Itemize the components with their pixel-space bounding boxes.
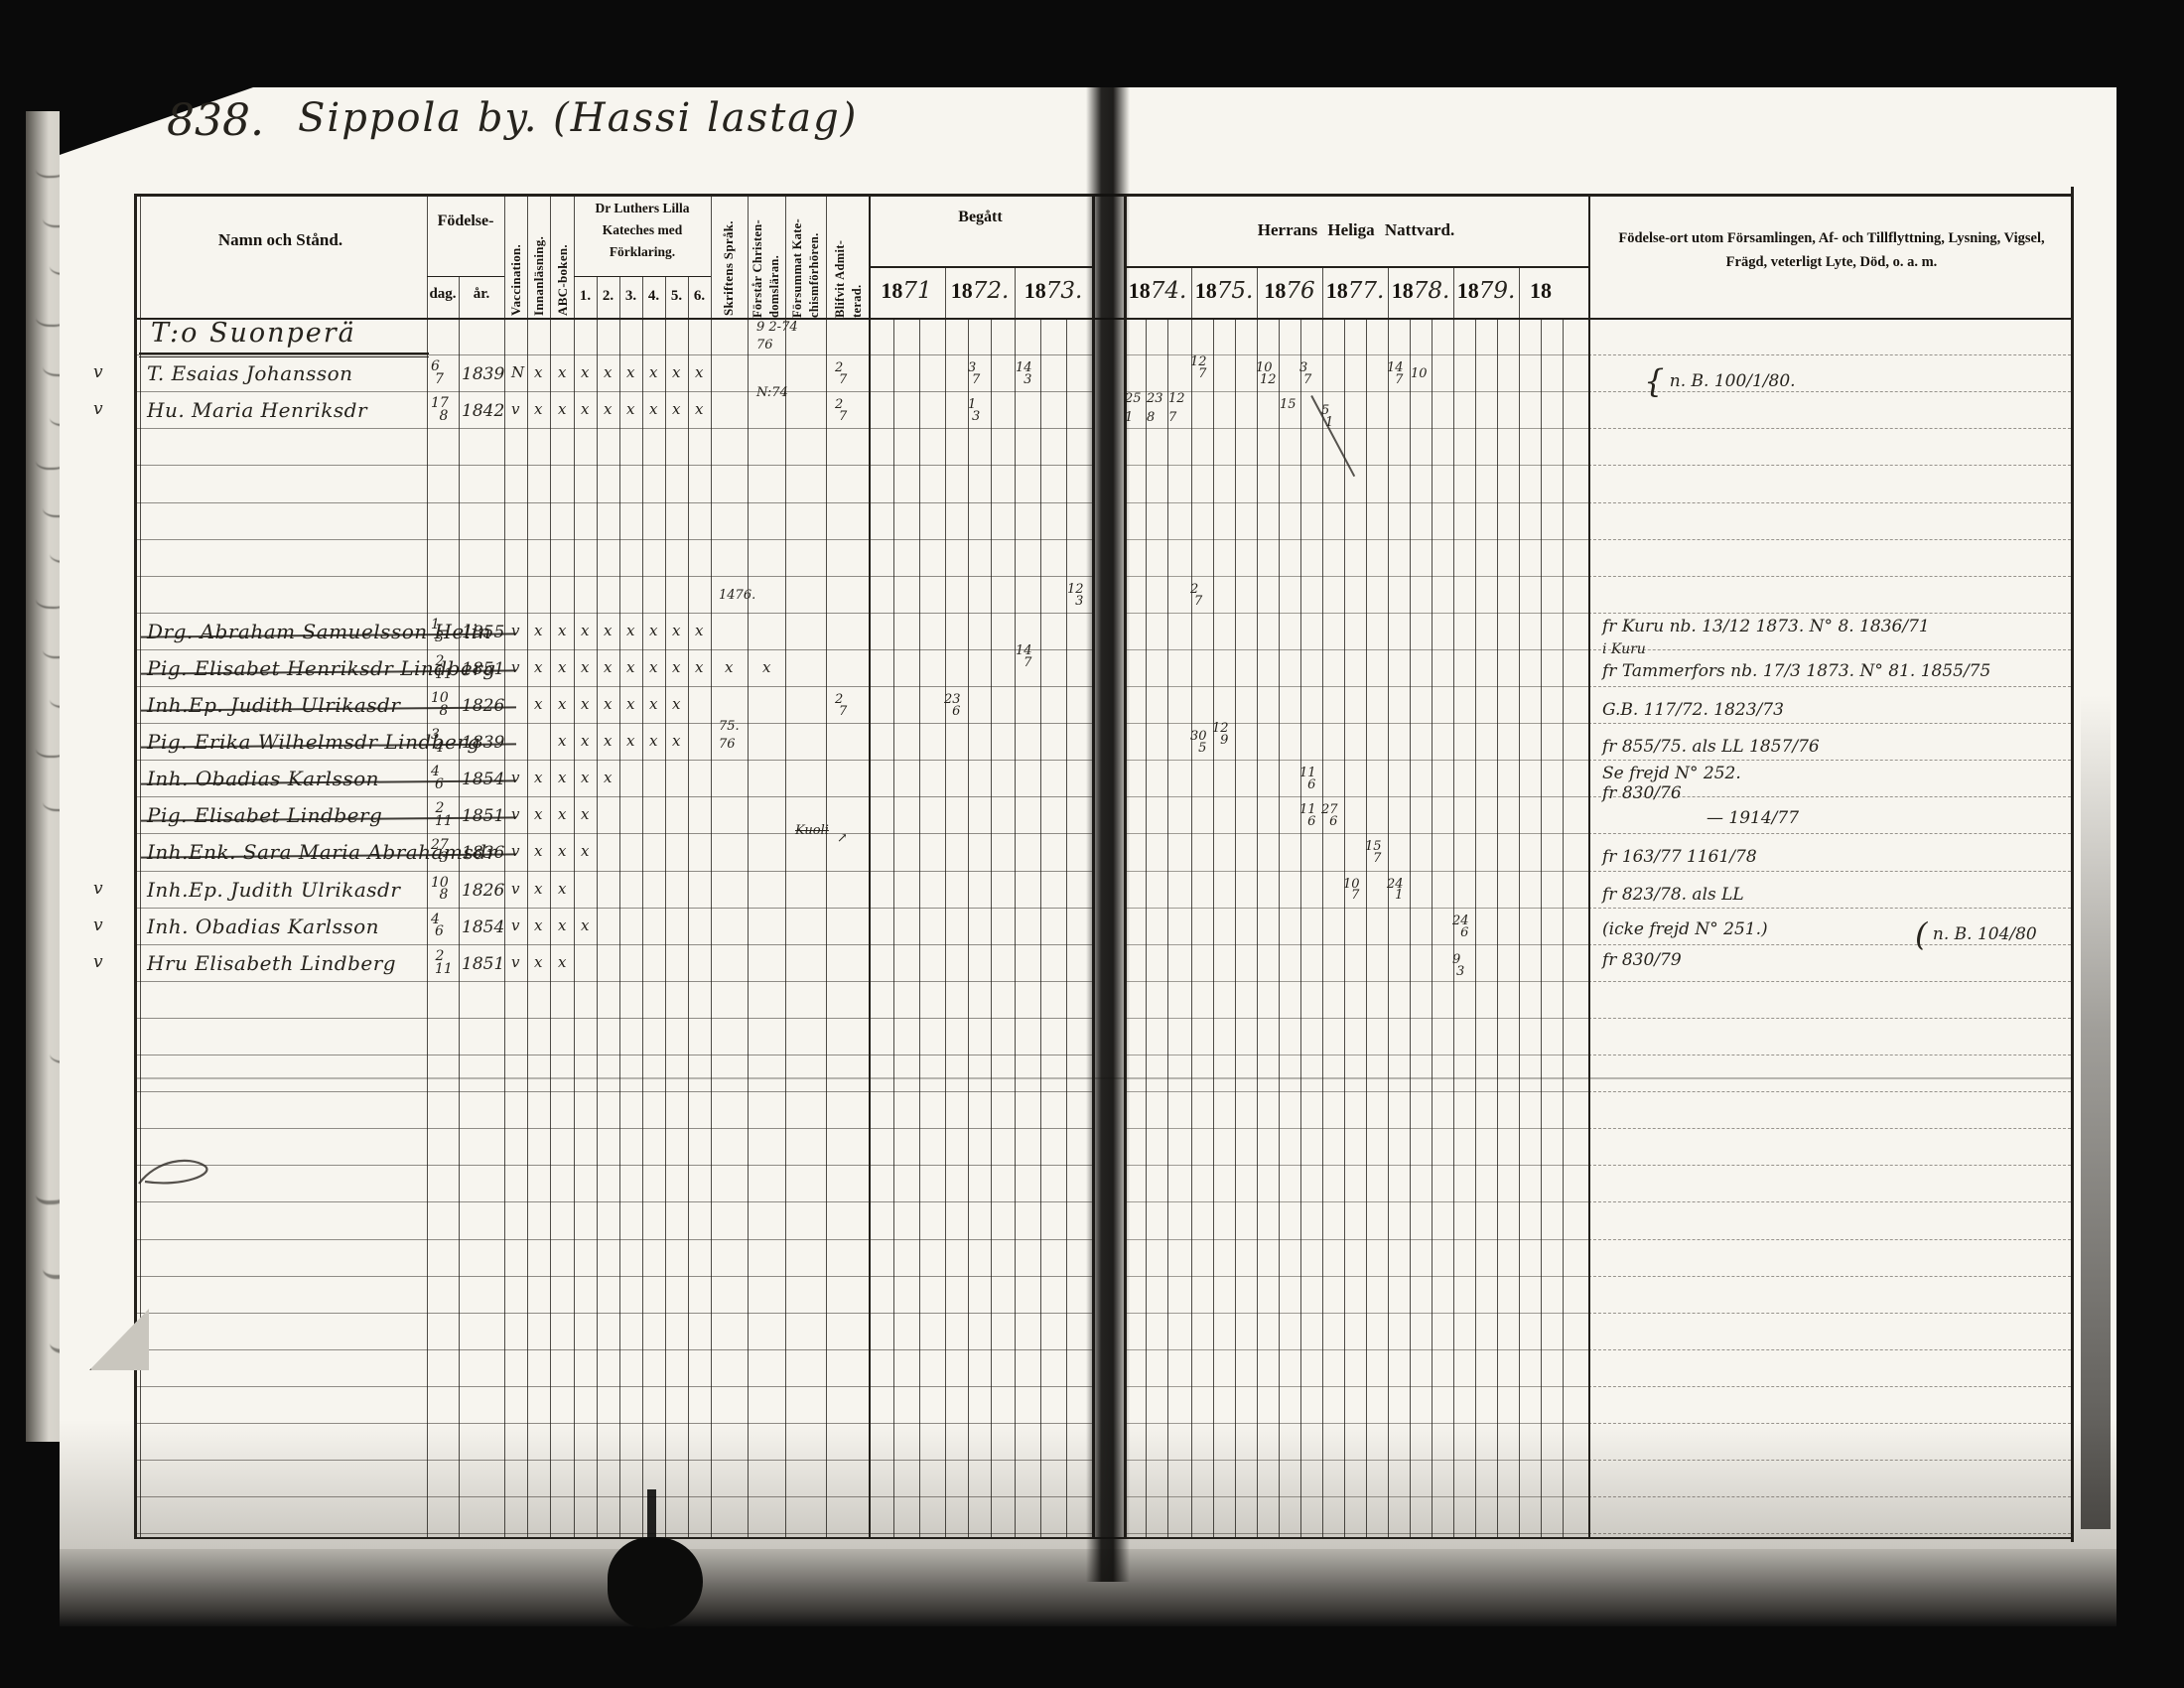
margin-note: i Kuru [1602, 641, 1646, 657]
row-rule [134, 686, 1092, 687]
entry-check: x [534, 842, 542, 860]
grid-mark: 1476. [719, 588, 755, 603]
col-header-missed-2: chismförhören. [807, 197, 822, 318]
entry-check: x [534, 805, 542, 823]
grid-mark: 147 [1018, 643, 1034, 669]
entry-birth-day: 46 [433, 912, 442, 939]
row-rule-dashed [1588, 1313, 2071, 1314]
entry-birth-day: 178 [433, 395, 451, 423]
entry-check: v [511, 880, 519, 898]
table-rule-v [945, 266, 946, 1537]
table-rule-v [1146, 318, 1147, 1537]
grid-mark: 8 [1147, 410, 1155, 425]
margin-note: fr 855/75. als LL 1857/76 [1602, 737, 1820, 757]
entry-check: x [534, 622, 542, 639]
entry-check: x [672, 695, 680, 713]
grid-mark: 27 [837, 397, 845, 423]
grid-mark: 305 [1192, 729, 1209, 755]
grid-mark: 13 [970, 397, 978, 423]
margin-note: fr 830/76 [1602, 783, 1682, 803]
margin-note: fr Tammerfors nb. 17/3 1873. N° 81. 1855… [1602, 661, 1990, 681]
row-rule-dashed [1588, 354, 2071, 355]
table-rule-v [642, 276, 643, 1537]
entry-check: x [695, 400, 703, 418]
grid-mark: 129 [1214, 721, 1231, 747]
entry-check: x [604, 769, 612, 786]
grid-mark: 37 [1301, 360, 1309, 386]
entry-check: x [626, 695, 634, 713]
col-header-begatt: Begått [869, 209, 1092, 226]
catechism-grade-label: 1. [574, 288, 597, 305]
entry-check: x [558, 880, 566, 898]
table-rule-v [968, 318, 969, 1537]
table-rule-v [1040, 318, 1041, 1537]
entry-birth-year: 1826 [462, 881, 504, 901]
catechism-grade-label: 6. [688, 288, 711, 305]
entry-check: x [581, 400, 589, 418]
entry-check: x [534, 953, 542, 971]
entry-birth-day: 211 [433, 653, 451, 681]
row-rule [134, 1349, 1092, 1350]
table-rule-v [1563, 318, 1564, 1537]
table-rule-v [1432, 318, 1433, 1537]
year-label: 1873. [1014, 278, 1093, 304]
table-rule-v [1366, 318, 1367, 1537]
entry-check: v [511, 400, 519, 418]
page-number: 838. [167, 95, 264, 146]
grid-mark: 76 [756, 338, 773, 352]
col-header-abc: ABC-boken. [555, 199, 571, 316]
table-rule-v [1588, 194, 1590, 1537]
table-rule-v [1257, 266, 1258, 1537]
row-rule [134, 1423, 1092, 1424]
col-header-name: Namn och Stånd. [134, 230, 427, 250]
entry-check: x [649, 732, 657, 750]
row-rule-dashed [1588, 576, 2071, 577]
entry-check: x [725, 658, 733, 676]
row-rule-dashed [1588, 428, 2071, 429]
entry-check: x [762, 658, 770, 676]
entry-check: x [534, 880, 542, 898]
grid-mark: 116 [1301, 766, 1318, 791]
entry-check: x [558, 363, 566, 381]
row-rule-dashed [1588, 1128, 2071, 1129]
entry-check: x [581, 769, 589, 786]
entry-check: x [604, 400, 612, 418]
row-rule-dashed [1588, 1349, 2071, 1350]
row-rule [134, 428, 1092, 429]
col-header-understands-2: domsläran. [767, 197, 782, 318]
entry-name: Inh. Obadias Karlsson [147, 914, 379, 938]
entry-check: x [626, 732, 634, 750]
margin-note: (icke frejd N° 251.) [1602, 919, 1768, 939]
row-rule [134, 465, 1092, 466]
entry-birth-year: 1851 [462, 954, 504, 974]
entry-check: x [649, 695, 657, 713]
table-rule-v [504, 194, 505, 1537]
entry-check: x [604, 695, 612, 713]
grid-mark: 27 [1192, 582, 1200, 608]
row-rule-dashed [1588, 1091, 2071, 1092]
table-rule-v [1453, 266, 1454, 1537]
entry-check: x [534, 695, 542, 713]
book-gutter [1086, 87, 1130, 1582]
entry-check: v [511, 622, 519, 639]
table-rule-v [869, 194, 871, 1537]
entry-name: Inh.Ep. Judith Ulrikasdr [147, 878, 400, 902]
table-rule-v [1344, 318, 1345, 1537]
grid-mark: 76 [719, 737, 736, 752]
row-rule [134, 1460, 1092, 1461]
grid-mark: 1012 [1258, 360, 1275, 386]
margin-note: fr 163/77 1161/78 [1602, 847, 1757, 867]
grid-mark: 107 [1345, 877, 1362, 903]
row-rule [134, 391, 1092, 392]
margin-note: { n. B. 100/1/80. [1644, 362, 1796, 400]
col-header-notes-1: Födelse-ort utom Församlingen, Af- och T… [1592, 230, 2071, 247]
table-rule-v [459, 276, 460, 1537]
row-rule-dashed [1588, 1386, 2071, 1387]
row-rule-dashed [1588, 723, 2071, 724]
entry-check: x [534, 658, 542, 676]
table-rule-v [427, 194, 428, 1537]
row-rule-dashed [1588, 981, 2071, 982]
table-rule-v [1322, 266, 1323, 1537]
entry-check: x [581, 805, 589, 823]
table-rule-v [1519, 266, 1520, 1537]
row-tick: v [93, 879, 103, 899]
row-rule [134, 908, 1092, 909]
entry-check: x [558, 805, 566, 823]
row-rule [134, 649, 1092, 650]
entry-check: x [672, 400, 680, 418]
entry-birth-day: 211 [433, 800, 451, 828]
table-rule-v [1475, 318, 1476, 1537]
table-rule-v [1213, 318, 1214, 1537]
table-rule-v [1015, 266, 1016, 1537]
entry-check: x [581, 842, 589, 860]
entry-birth-day: 273 [433, 837, 451, 865]
row-rule-dashed [1588, 613, 2071, 614]
margin-note: ( n. B. 104/80 [1915, 915, 2037, 953]
row-rule [134, 1055, 1092, 1055]
grid-mark: 12 [1168, 391, 1185, 406]
grid-mark: 51 [1323, 403, 1331, 429]
entry-check: v [511, 769, 519, 786]
grid-mark: 10 [1411, 366, 1428, 381]
entry-name: Inh. Obadias Karlsson [147, 767, 379, 790]
grid-mark: 27 [837, 692, 845, 718]
row-rule [134, 944, 1092, 945]
entry-check: v [511, 916, 519, 934]
grid-mark: 9 2-74 [756, 320, 798, 335]
grid-mark: 236 [946, 692, 963, 718]
entry-check: v [511, 805, 519, 823]
entry-check: v [511, 842, 519, 860]
year-label: 1871 [867, 278, 946, 304]
entry-check: x [534, 916, 542, 934]
grid-mark: 127 [1192, 354, 1209, 380]
grid-mark: 7 [1168, 410, 1176, 425]
village-heading: T:o Suonperä [151, 318, 356, 349]
entry-check: x [649, 400, 657, 418]
grid-mark: 246 [1454, 914, 1471, 939]
entry-check: x [534, 363, 542, 381]
entry-check: x [604, 732, 612, 750]
row-rule [134, 1276, 1092, 1277]
year-label: 18 [1501, 278, 1580, 304]
catechism-grade-label: 5. [665, 288, 688, 305]
table-rule-v [550, 194, 551, 1537]
col-header-notes-2: Frägd, veterligt Lyte, Död, o. a. m. [1592, 254, 2071, 271]
entry-check: x [672, 658, 680, 676]
row-rule-dashed [1588, 502, 2071, 503]
entry-check: x [558, 658, 566, 676]
entry-name: T. Esaias Johansson [147, 361, 353, 385]
margin-note: Se frejd N° 252. [1602, 764, 1741, 783]
row-rule [134, 1239, 1092, 1240]
row-tick: v [93, 915, 103, 935]
entry-check: x [649, 622, 657, 639]
row-rule-dashed [1588, 1533, 2071, 1534]
catechism-grade-label: 2. [597, 288, 619, 305]
col-header-admitted-2: terad. [850, 197, 865, 318]
table-rule-v [688, 276, 689, 1537]
grid-mark: 143 [1018, 360, 1034, 386]
entry-check: x [534, 400, 542, 418]
entry-check: x [604, 622, 612, 639]
col-header-birth: Födelse- [427, 212, 504, 230]
grid-mark: 15 [1280, 397, 1297, 412]
table-rule-v [1191, 266, 1192, 1537]
entry-check: x [558, 400, 566, 418]
table-rule-v [527, 194, 528, 1537]
table-rule-v [826, 194, 827, 1537]
entry-birth-year: 1842 [462, 401, 504, 421]
table-rule-v [1497, 318, 1498, 1537]
entry-name: Inh.Ep. Judith Ulrikasdr [147, 693, 400, 717]
table-rule-v [919, 318, 920, 1537]
grid-mark: 116 [1301, 802, 1318, 828]
table-rule-v [1279, 318, 1280, 1537]
ink-blot-bar [647, 1489, 656, 1628]
catechism-grade-label: 3. [619, 288, 642, 305]
col-header-nattvard: Herrans Heliga Nattvard. [1124, 220, 1588, 240]
table-rule-v [574, 194, 575, 1537]
grid-mark: N:74 [756, 385, 788, 400]
table-rule-v [2071, 187, 2074, 1542]
row-rule-dashed [1588, 1055, 2071, 1055]
entry-name: Pig. Elisabet Lindberg [147, 803, 382, 827]
entry-check: x [558, 622, 566, 639]
row-tick: v [93, 399, 103, 419]
entry-check: x [672, 363, 680, 381]
row-rule [134, 613, 1092, 614]
table-rule-v [1066, 318, 1067, 1537]
table-rule-h [574, 276, 711, 277]
grid-mark: 27 [837, 360, 845, 386]
ink-flourish [131, 1154, 222, 1199]
col-header-birth-day: dag. [427, 286, 459, 303]
right-edge-shadow [2081, 695, 2111, 1529]
entry-birth-day: 211 [433, 948, 451, 976]
table-rule-v [619, 276, 620, 1537]
row-rule-dashed [1588, 1201, 2071, 1202]
table-rule-v [1300, 318, 1301, 1537]
entry-name: Hru Elisabeth Lindberg [147, 951, 396, 975]
grid-mark: 37 [970, 360, 978, 386]
grid-mark: 93 [1454, 952, 1462, 978]
entry-check: x [581, 732, 589, 750]
table-rule-v [991, 318, 992, 1537]
row-rule [134, 1533, 1092, 1534]
entry-check: x [604, 363, 612, 381]
row-rule-dashed [1588, 1423, 2071, 1424]
table-rule-v [711, 194, 712, 1537]
entry-birth-day: 108 [433, 690, 451, 718]
row-tick: v [93, 362, 103, 382]
heading-underline-2 [139, 356, 429, 357]
entry-check: x [558, 769, 566, 786]
row-rule [134, 981, 1092, 982]
entry-check: x [558, 732, 566, 750]
entry-check: x [558, 916, 566, 934]
row-rule-dashed [1588, 833, 2071, 834]
row-rule [134, 760, 1092, 761]
year-label: 1872. [940, 278, 1020, 304]
entry-check: x [558, 842, 566, 860]
row-rule [134, 576, 1092, 577]
entry-check: x [558, 953, 566, 971]
row-rule [134, 1128, 1092, 1129]
table-rule-v [1167, 318, 1168, 1537]
row-rule [134, 502, 1092, 503]
row-rule [134, 833, 1092, 834]
row-rule [134, 354, 1092, 355]
margin-note: G.B. 117/72. 1823/73 [1602, 700, 1784, 720]
margin-note: fr 830/79 [1602, 950, 1682, 970]
col-header-understands-1: Förstår Christen- [751, 197, 765, 318]
grid-mark: 147 [1389, 360, 1406, 386]
entry-check: x [649, 658, 657, 676]
row-rule [134, 539, 1092, 540]
grid-mark: 23 [1147, 391, 1163, 406]
row-rule [134, 1165, 1092, 1166]
entry-check: x [581, 695, 589, 713]
entry-check: x [695, 658, 703, 676]
grid-mark: 123 [1069, 582, 1086, 608]
grid-mark: ↗ [837, 831, 848, 846]
row-rule-dashed [1588, 1239, 2071, 1240]
grid-mark: 157 [1367, 839, 1384, 865]
margin-note: fr 823/78. als LL [1602, 885, 1744, 905]
entry-check: x [672, 622, 680, 639]
entry-birth-day: 34 [433, 727, 442, 755]
row-rule [134, 871, 1092, 872]
entry-check: x [581, 916, 589, 934]
col-header-admitted-1: Blifvit Admit- [833, 197, 848, 318]
table-rule-h [869, 266, 1092, 268]
table-rule-v [597, 276, 598, 1537]
entry-check: v [511, 658, 519, 676]
entry-birth-day: 67 [433, 358, 442, 386]
grid-mark: 241 [1389, 877, 1406, 903]
row-rule-dashed [1588, 465, 2071, 466]
row-rule-dashed [1588, 1018, 2071, 1019]
row-rule [134, 1091, 1092, 1092]
page-title: Sippola by. (Hassi lastag) [298, 95, 858, 141]
table-rule-v [1410, 318, 1411, 1537]
col-header-birth-year: år. [459, 286, 504, 303]
row-rule [134, 1313, 1092, 1314]
row-rule-dashed [1588, 1276, 2071, 1277]
entry-check: x [534, 769, 542, 786]
row-rule-dashed [1588, 686, 2071, 687]
heading-underline [139, 352, 429, 354]
table-rule-v [665, 276, 666, 1537]
row-tick: v [93, 952, 103, 972]
col-header-scripture: Skriftens Språk. [721, 199, 737, 316]
microfilm-scan: 838. Sippola by. (Hassi lastag) Namn och… [0, 0, 2184, 1688]
entry-check: x [626, 658, 634, 676]
entry-birth-year: 1839 [462, 364, 504, 384]
entry-check: x [626, 622, 634, 639]
grid-mark: 276 [1323, 802, 1340, 828]
col-header-catechism-3: Förklaring. [574, 244, 711, 260]
row-rule-dashed [1588, 1165, 2071, 1166]
catechism-grade-label: 4. [642, 288, 665, 305]
row-rule [134, 1201, 1092, 1202]
entry-check: x [695, 363, 703, 381]
margin-note: — 1914/77 [1706, 808, 1799, 828]
entry-check: x [649, 363, 657, 381]
col-header-missed-1: Försummat Kate- [790, 197, 805, 318]
table-rule-h [427, 276, 504, 277]
row-rule-dashed [1588, 871, 2071, 872]
table-rule-v [893, 318, 894, 1537]
row-rule [134, 1018, 1092, 1019]
entry-name: Hu. Maria Henriksdr [147, 398, 367, 422]
col-header-reading: Innanläsning. [531, 199, 547, 316]
col-header-vaccination: Vaccination. [508, 199, 524, 316]
entry-check: x [581, 658, 589, 676]
row-rule [134, 723, 1092, 724]
entry-check: N [511, 363, 524, 381]
row-rule-dashed [1588, 1460, 2071, 1461]
entry-birth-year: 1854 [462, 917, 504, 937]
entry-check: x [604, 658, 612, 676]
row-rule [134, 1386, 1092, 1387]
col-header-catechism-1: Dr Luthers Lilla [574, 201, 711, 216]
table-rule-v [1541, 318, 1542, 1537]
grid-mark: Kuoli [795, 823, 829, 838]
entry-check: x [626, 400, 634, 418]
row-rule-dashed [1588, 908, 2071, 909]
grid-mark: 75. [719, 719, 740, 734]
table-rule-h [1124, 266, 1588, 268]
row-rule-dashed [1588, 1496, 2071, 1497]
film-black-right [2116, 0, 2184, 1688]
entry-birth-day: 13 [433, 617, 442, 644]
entry-check: x [581, 622, 589, 639]
col-header-catechism-2: Kateches med [574, 222, 711, 238]
row-rule-dashed [1588, 539, 2071, 540]
entry-check: x [695, 622, 703, 639]
row-rule [134, 1496, 1092, 1497]
entry-birth-day: 108 [433, 875, 451, 903]
row-rule-dashed [1588, 760, 2071, 761]
entry-check: x [672, 732, 680, 750]
